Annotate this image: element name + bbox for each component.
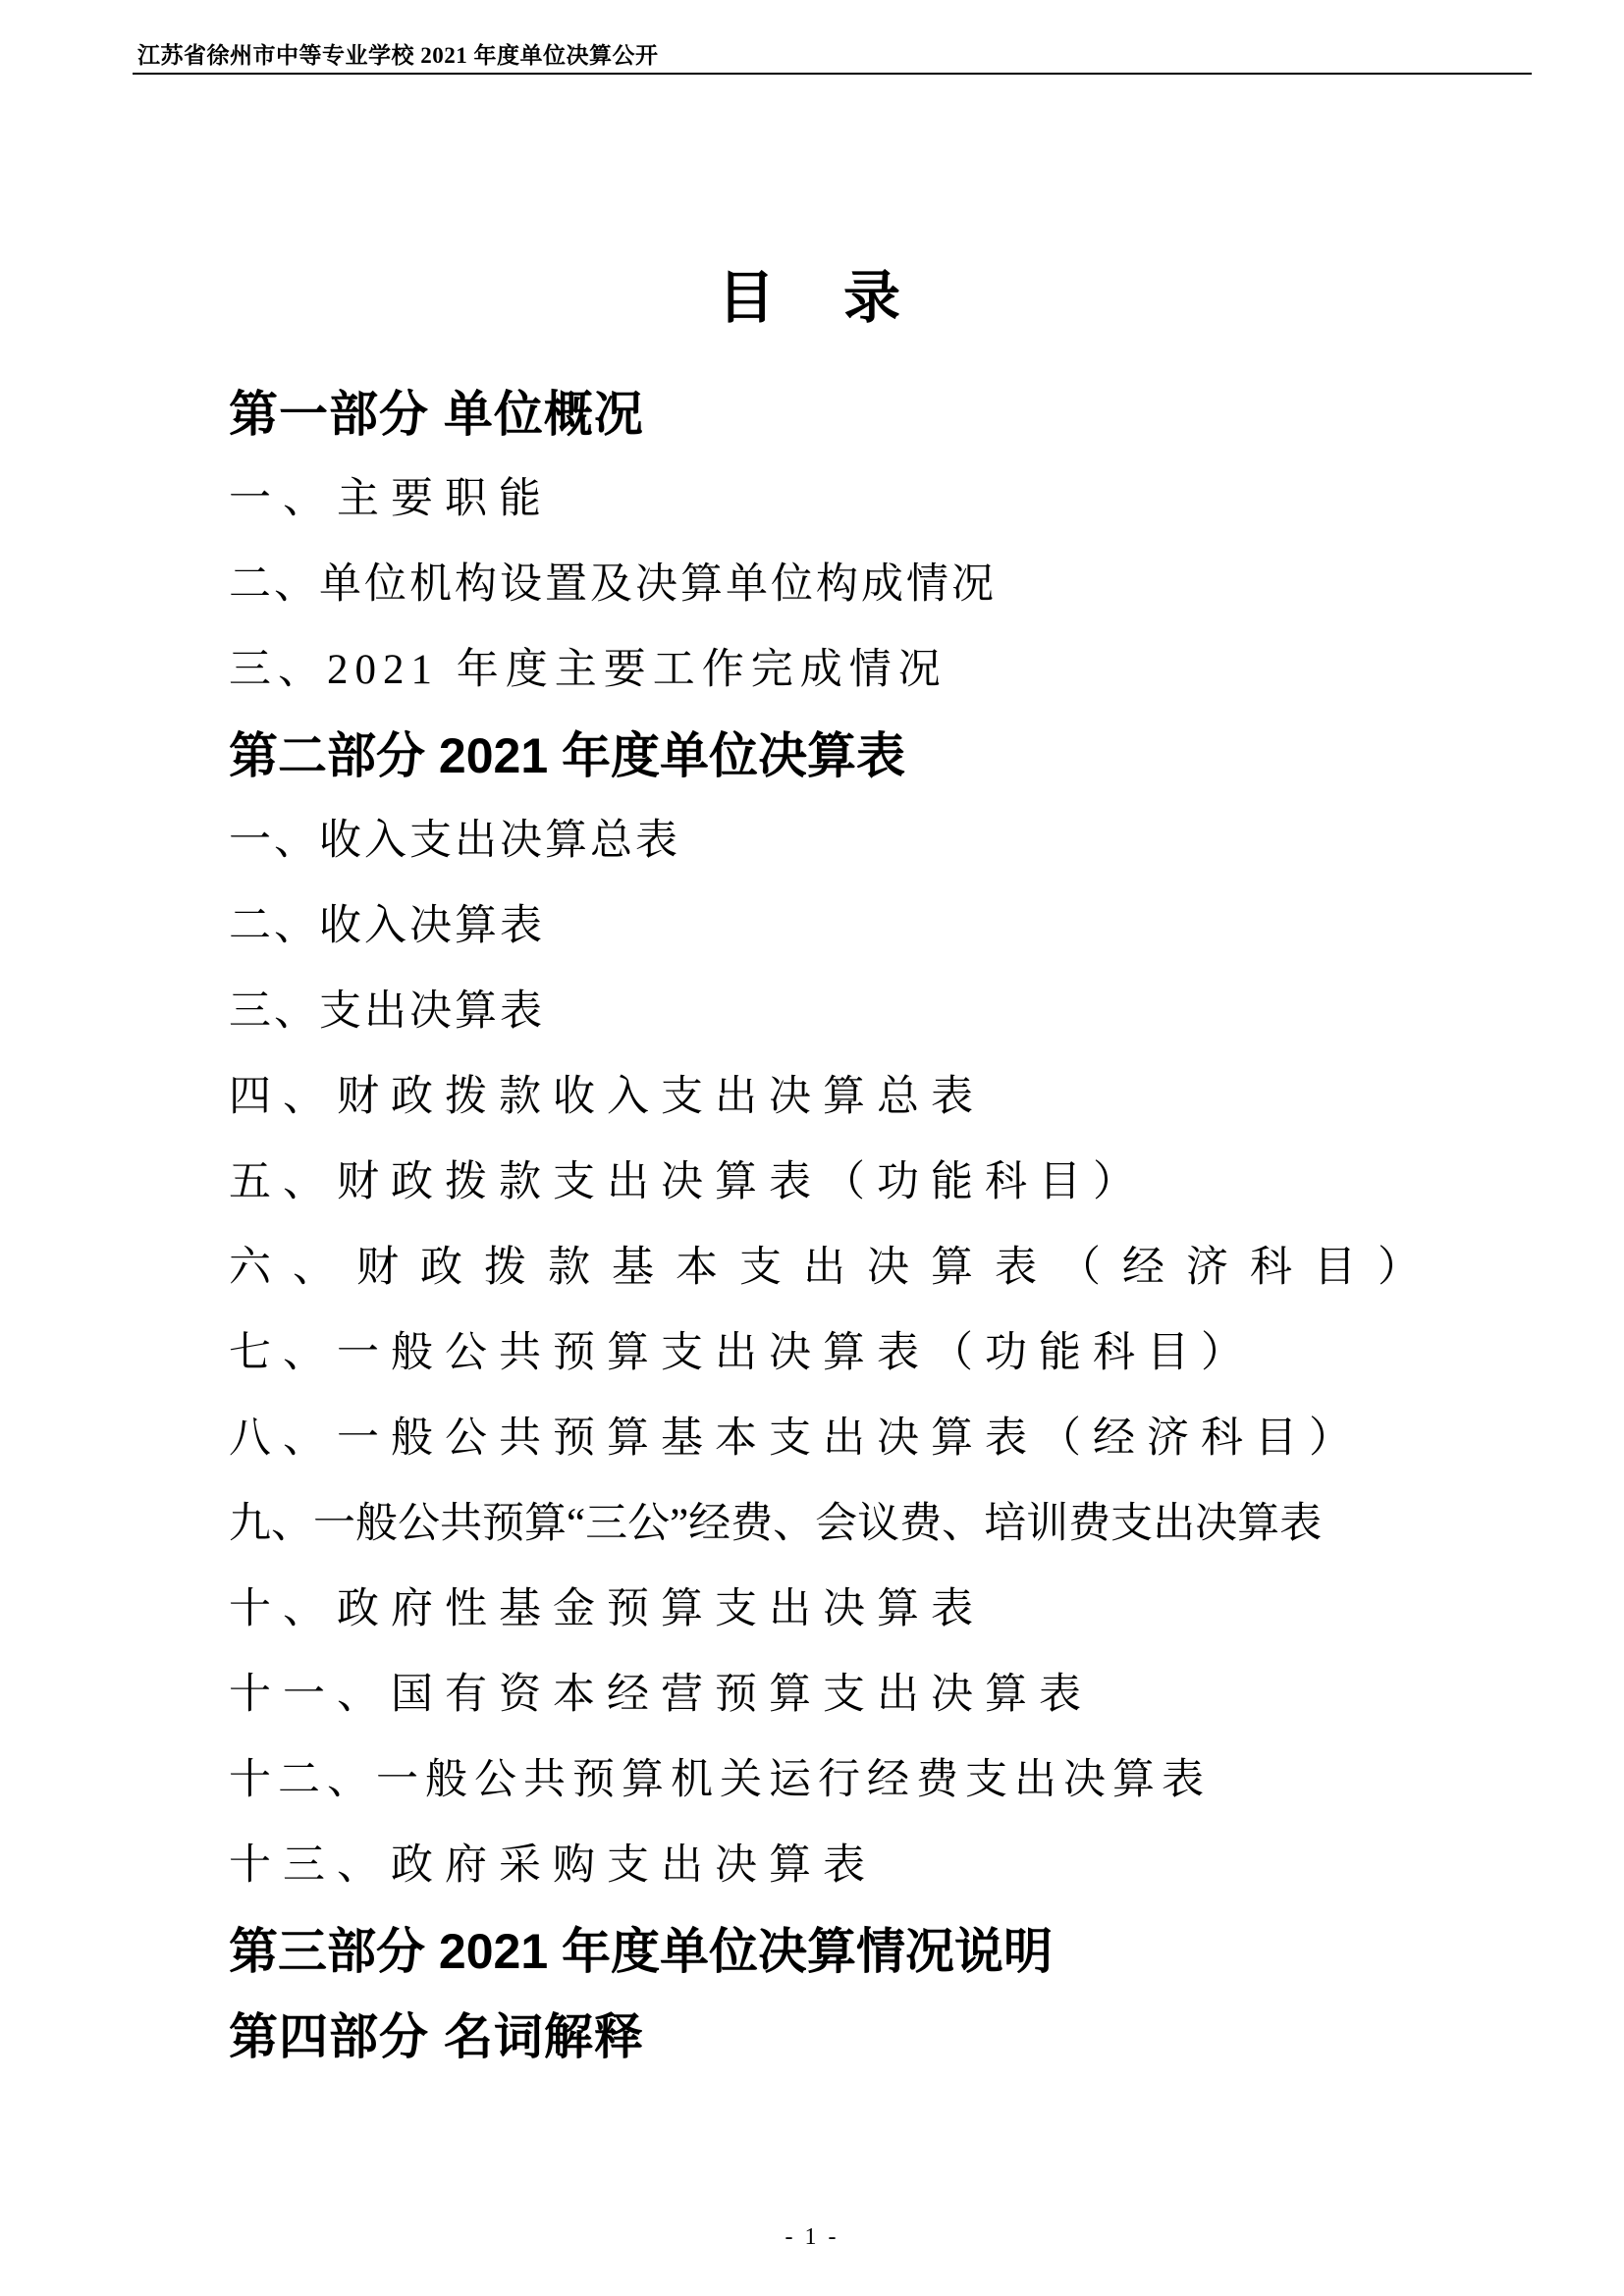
document-page: 江苏省徐州市中等专业学校 2021 年度单位决算公开 目 录 第一部分 单位概况… xyxy=(0,0,1624,2296)
page-title: 目 录 xyxy=(0,251,1624,334)
toc-section-heading: 第三部分 2021 年度单位决算情况说明 xyxy=(229,1904,1495,1990)
table-of-contents: 第一部分 单位概况 一、主要职能 二、单位机构设置及决算单位构成情况 三、202… xyxy=(229,367,1495,2075)
toc-section-heading: 第四部分 名词解释 xyxy=(229,1990,1495,2075)
toc-entry: 十一、国有资本经营预算支出决算表 xyxy=(229,1648,1495,1734)
toc-section-heading: 第二部分 2021 年度单位决算表 xyxy=(229,709,1495,794)
toc-entry: 二、收入决算表 xyxy=(229,880,1495,965)
header-rule xyxy=(133,73,1532,75)
toc-section-heading: 第一部分 单位概况 xyxy=(229,367,1495,453)
page-number: - 1 - xyxy=(0,2224,1624,2251)
toc-entry: 六、财政拨款基本支出决算表（经济科目） xyxy=(229,1221,1495,1307)
toc-entry: 九、一般公共预算“三公”经费、会议费、培训费支出决算表 xyxy=(229,1477,1495,1563)
toc-entry: 一、收入支出决算总表 xyxy=(229,794,1495,880)
toc-entry: 二、单位机构设置及决算单位构成情况 xyxy=(229,538,1495,623)
toc-entry: 三、2021 年度主要工作完成情况 xyxy=(229,623,1495,709)
toc-entry: 十、政府性基金预算支出决算表 xyxy=(229,1563,1495,1648)
toc-entry: 八、一般公共预算基本支出决算表（经济科目） xyxy=(229,1392,1495,1477)
toc-entry: 十三、政府采购支出决算表 xyxy=(229,1819,1495,1904)
toc-entry: 三、支出决算表 xyxy=(229,965,1495,1050)
toc-entry: 五、财政拨款支出决算表（功能科目） xyxy=(229,1136,1495,1221)
toc-entry: 七、一般公共预算支出决算表（功能科目） xyxy=(229,1307,1495,1392)
document-header: 江苏省徐州市中等专业学校 2021 年度单位决算公开 xyxy=(137,37,659,70)
toc-entry: 一、主要职能 xyxy=(229,453,1495,538)
toc-entry: 十二、一般公共预算机关运行经费支出决算表 xyxy=(229,1734,1495,1819)
toc-entry: 四、财政拨款收入支出决算总表 xyxy=(229,1050,1495,1136)
